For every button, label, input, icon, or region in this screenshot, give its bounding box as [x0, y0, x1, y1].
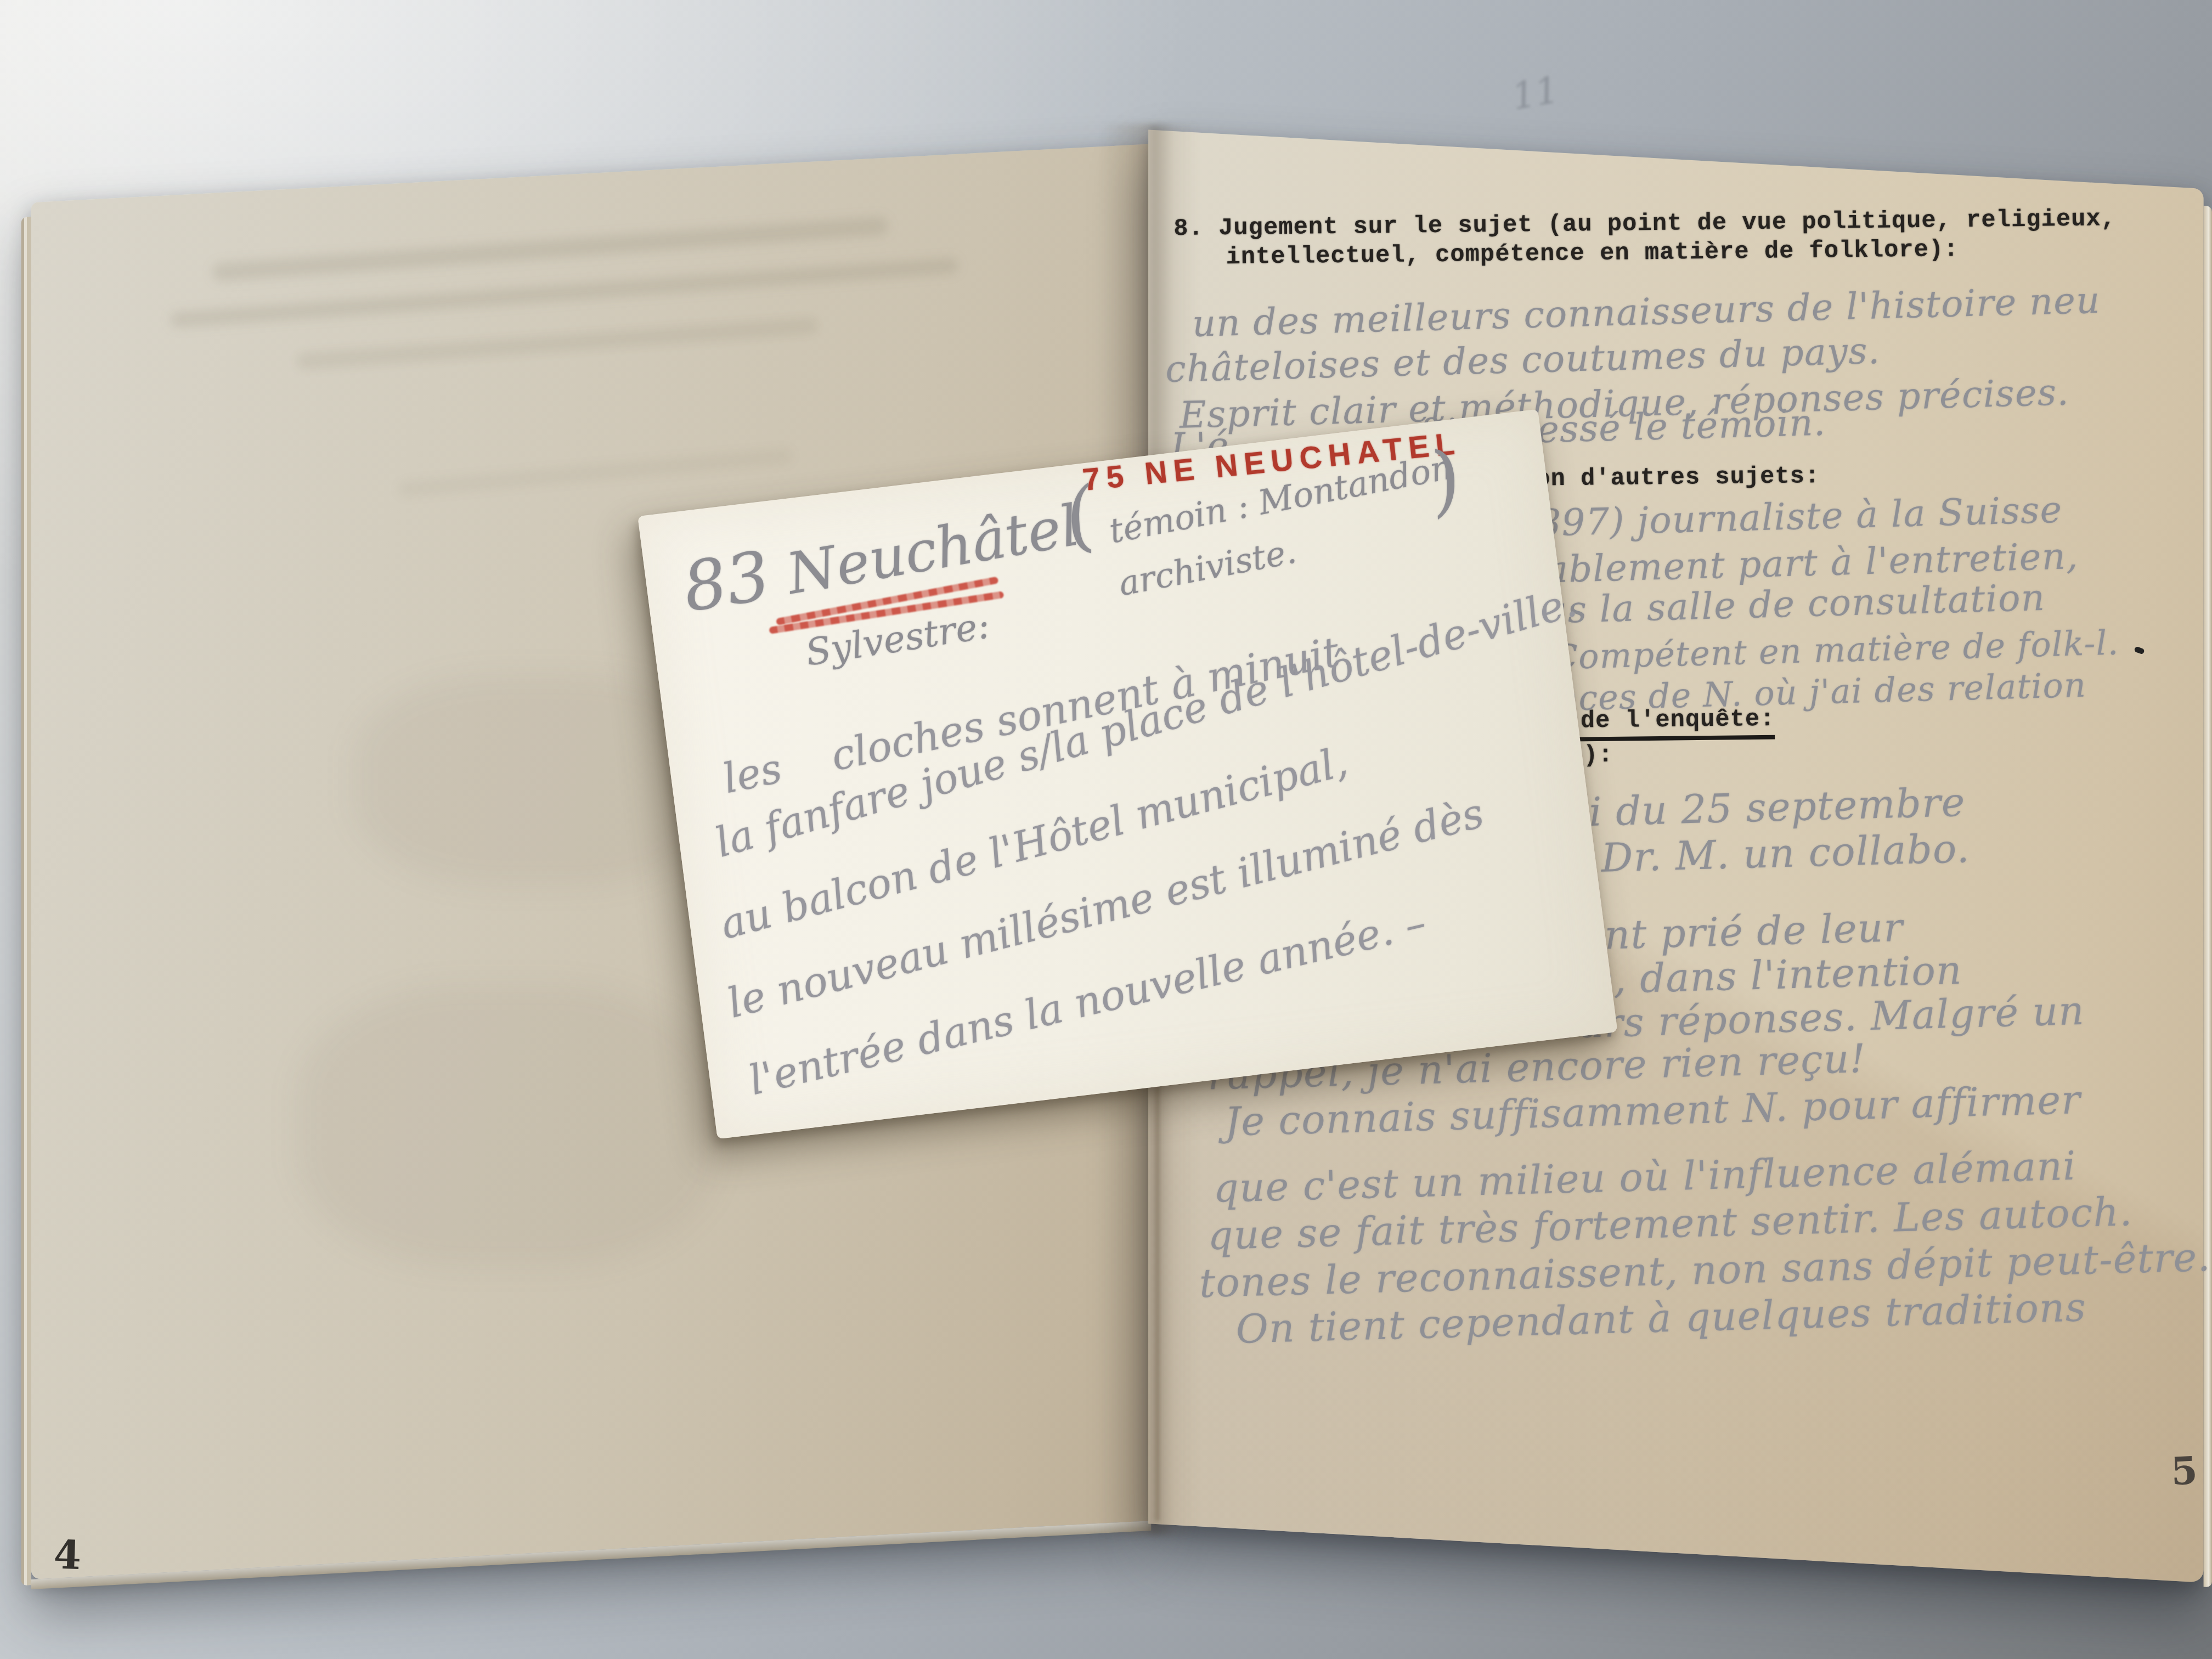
open-questionnaire-booklet: 4 8. Jugement sur le sujet (au point de … — [28, 110, 2193, 1538]
page-number-5: 5 — [2170, 1449, 2198, 1494]
index-card: 75 NE NEUCHATEL 83 Neuchâtel ( témoin : … — [637, 409, 1617, 1139]
bleed-through-smudge — [296, 985, 719, 1267]
page-number-4: 4 — [53, 1532, 82, 1579]
typed-question-9-fragment: ion d'autres sujets: — [1521, 464, 1820, 494]
photo-of-archival-document: 11 4 8. Jugement sur le sujet (au point … — [0, 0, 2212, 1659]
card-number: 83 — [678, 537, 776, 628]
